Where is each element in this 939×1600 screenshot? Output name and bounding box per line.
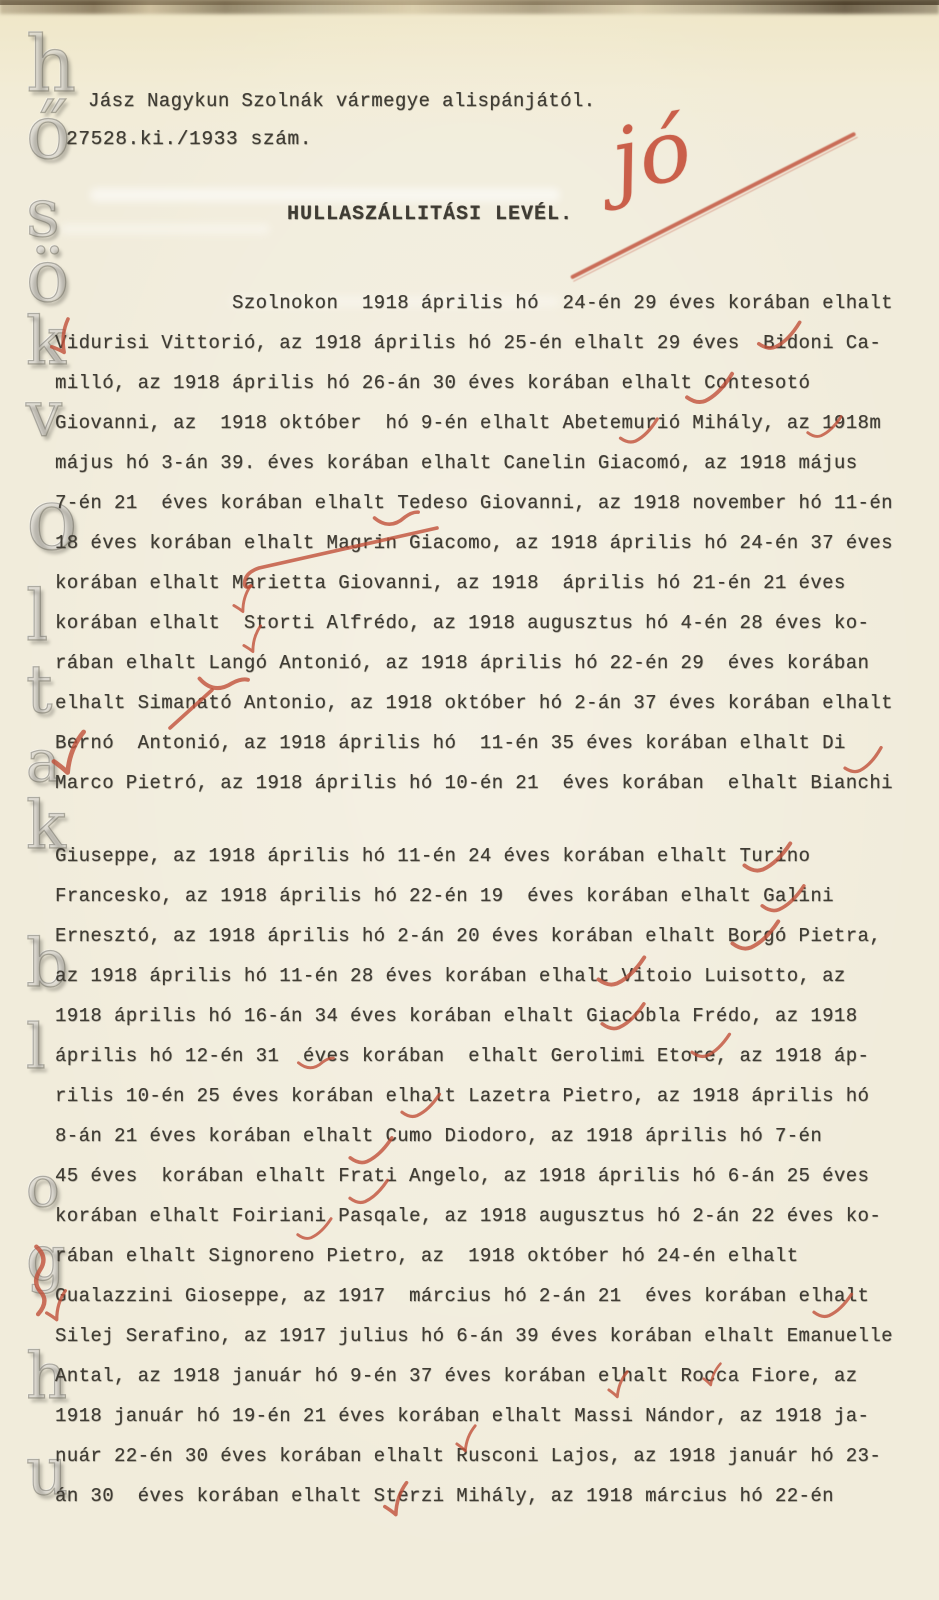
red-grade-annotation: jó — [605, 106, 697, 204]
body-line: korában elhalt Marietta Giovanni, az 191… — [55, 563, 925, 603]
body-line: Marco Pietró, az 1918 április hó 10-én 2… — [55, 763, 925, 803]
body-line: 45 éves korában elhalt Frati Angelo, az … — [55, 1156, 925, 1196]
body-line: április hó 12-én 31 éves korában elhalt … — [55, 1036, 925, 1076]
body-line: milló, az 1918 április hó 26-án 30 éves … — [55, 363, 925, 403]
body-line: 1918 január hó 19-én 21 éves korában elh… — [55, 1396, 925, 1436]
body-line: elhalt Simanató Antonio, az 1918 október… — [55, 683, 925, 723]
document-page: hősökvoltakbloghu Jász Nagykun Szolnák v… — [0, 0, 939, 1600]
scan-streak — [90, 188, 560, 202]
body-line: 1918 április hó 16-án 34 éves korában el… — [55, 996, 925, 1036]
body-line: korában elhalt Storti Alfrédo, az 1918 a… — [55, 603, 925, 643]
margin-watermark-letter: l — [26, 588, 48, 644]
scan-streak — [60, 224, 270, 234]
margin-watermark-letter: ő — [26, 104, 71, 163]
body-line: rilis 10-én 25 éves korában elhalt Lazet… — [55, 1076, 925, 1116]
body-line: Bernó Antonió, az 1918 április hó 11-én … — [55, 723, 925, 763]
body-line: május hó 3-án 39. éves korában elhalt Ca… — [55, 443, 925, 483]
body-line: Ernesztó, az 1918 április hó 2-án 20 éve… — [55, 916, 925, 956]
body-line: án 30 éves korában elhalt Sterzi Mihály,… — [55, 1476, 925, 1516]
margin-watermark-letter: t — [26, 664, 53, 717]
torn-top-edge-dark — [0, 0, 939, 5]
body-line: Vidurisi Vittorió, az 1918 április hó 25… — [55, 323, 925, 363]
body-line: rában elhalt Langó Antonió, az 1918 ápri… — [55, 643, 925, 683]
body-line: Gualazzini Gioseppe, az 1917 március hó … — [55, 1276, 925, 1316]
issuing-office: Jász Nagykun Szolnák vármegye alispánját… — [88, 90, 595, 112]
margin-watermark-letter: s — [26, 188, 60, 241]
body-line: Antal, az 1918 január hó 9-én 37 éves ko… — [55, 1356, 925, 1396]
body-line: 8-án 21 éves korában elhalt Cumo Diodoro… — [55, 1116, 925, 1156]
body-line: Silej Serafino, az 1917 julius hó 6-án 3… — [55, 1316, 925, 1356]
margin-watermark-letter: h — [26, 34, 76, 96]
margin-watermark-letter: l — [26, 1022, 46, 1072]
body-line: nuár 22-én 30 éves korában elhalt Ruscon… — [55, 1436, 925, 1476]
body-text: Szolnokon 1918 április hó 24-én 29 éves … — [55, 283, 925, 1516]
body-line: Szolnokon 1918 április hó 24-én 29 éves … — [55, 283, 925, 323]
body-line: Giovanni, az 1918 október hó 9-én elhalt… — [55, 403, 925, 443]
file-number: 27528.ki./1933 szám. — [66, 128, 312, 150]
body-line: Giuseppe, az 1918 április hó 11-én 24 év… — [55, 836, 925, 876]
body-line: korában elhalt Foiriani Pasqale, az 1918… — [55, 1196, 925, 1236]
body-line: 7-én 21 éves korában elhalt Tedeso Giova… — [55, 483, 925, 523]
body-line: rában elhalt Signoreno Pietro, az 1918 o… — [55, 1236, 925, 1276]
body-line: Francesko, az 1918 április hó 22-én 19 é… — [55, 876, 925, 916]
document-title: HULLASZÁLLITÁSI LEVÉL. — [287, 203, 573, 226]
body-line: az 1918 április hó 11-én 28 éves korában… — [55, 956, 925, 996]
body-line: 18 éves korában elhalt Magrin Giacomo, a… — [55, 523, 925, 563]
